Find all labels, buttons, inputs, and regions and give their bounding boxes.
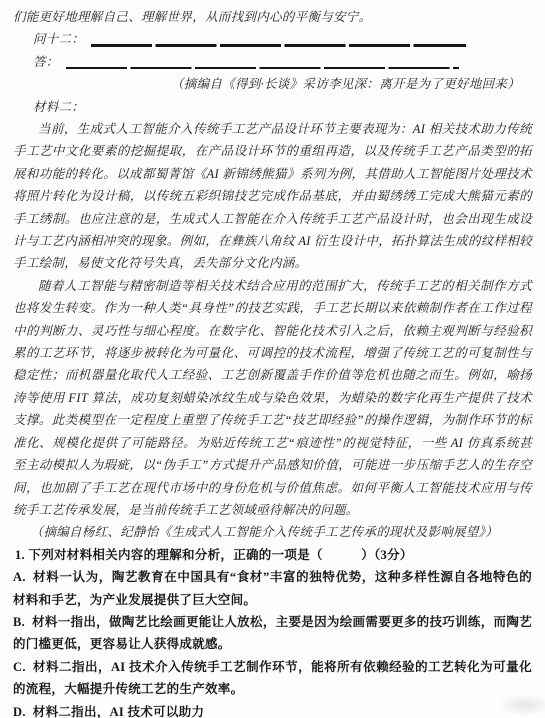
material2-paragraph-2: 随着人工智能与精密制造等相关技术结合应用的范围扩大，传统手工艺的相关制作方式也将… — [13, 275, 532, 521]
material2-heading: 材料二： — [33, 96, 532, 118]
question1-option-d: D.材料二指出，AI 技术可以助力 — [13, 701, 532, 718]
material2-paragraph-1: 当前，生成式人工智能介入传统手工艺产品设计环节主要表现为：AI 相关技术助力传统… — [13, 118, 532, 275]
question1-stem: 1. 下列对材料相关内容的理解和分析，正确的一项是（ ）（3分） — [15, 544, 532, 566]
material1-citation: （摘编自《得到·长谈》采访李见深：离开是为了更好地回来） — [13, 73, 532, 95]
exam-page: 们能更好地理解自己、理解世界，从而找到内心的平衡与安宁。 问十二： 答： （摘编… — [0, 0, 545, 718]
option-c-text: 材料二指出，AI 技术介入传统手工艺制作环节，能将所有依赖经验的工艺转化为可量化… — [13, 660, 532, 696]
option-a-text: 材料一认为，陶艺教育在中国具有“食材”丰富的独特优势，这种多样性源自各地特色的材… — [13, 570, 532, 606]
question1-option-c: C.材料二指出，AI 技术介入传统手工艺制作环节，能将所有依赖经验的工艺转化为可… — [13, 656, 532, 701]
interview-question-label: 问十二： — [33, 28, 84, 50]
answer-blank-underline — [59, 51, 459, 73]
option-c-label: C. — [13, 660, 26, 674]
option-b-text: 材料一指出，做陶艺比绘画更能让人放松，主要是因为绘画需要更多的技巧训练，而陶艺的… — [13, 615, 532, 651]
interview-answer-row: 答： — [33, 51, 532, 73]
option-d-label: D. — [13, 705, 26, 718]
option-d-text: 材料二指出，AI 技术可以助力 — [33, 705, 205, 718]
option-a-label: A. — [13, 570, 26, 584]
question1-option-b: B.材料一指出，做陶艺比绘画更能让人放松，主要是因为绘画需要更多的技巧训练，而陶… — [13, 611, 532, 656]
option-b-label: B. — [13, 615, 25, 629]
interview-question-row: 问十二： — [33, 28, 532, 50]
question-blank-underline — [84, 28, 466, 50]
interview-answer-label: 答： — [33, 51, 59, 73]
continuation-line: 们能更好地理解自己、理解世界，从而找到内心的平衡与安宁。 — [13, 6, 532, 28]
material2-citation: （摘编自杨红、纪静怡《生成式人工智能介入传统手工艺传承的现状及影响展望》） — [13, 521, 532, 543]
question1-option-a: A.材料一认为，陶艺教育在中国具有“食材”丰富的独特优势，这种多样性源自各地特色… — [13, 566, 532, 611]
